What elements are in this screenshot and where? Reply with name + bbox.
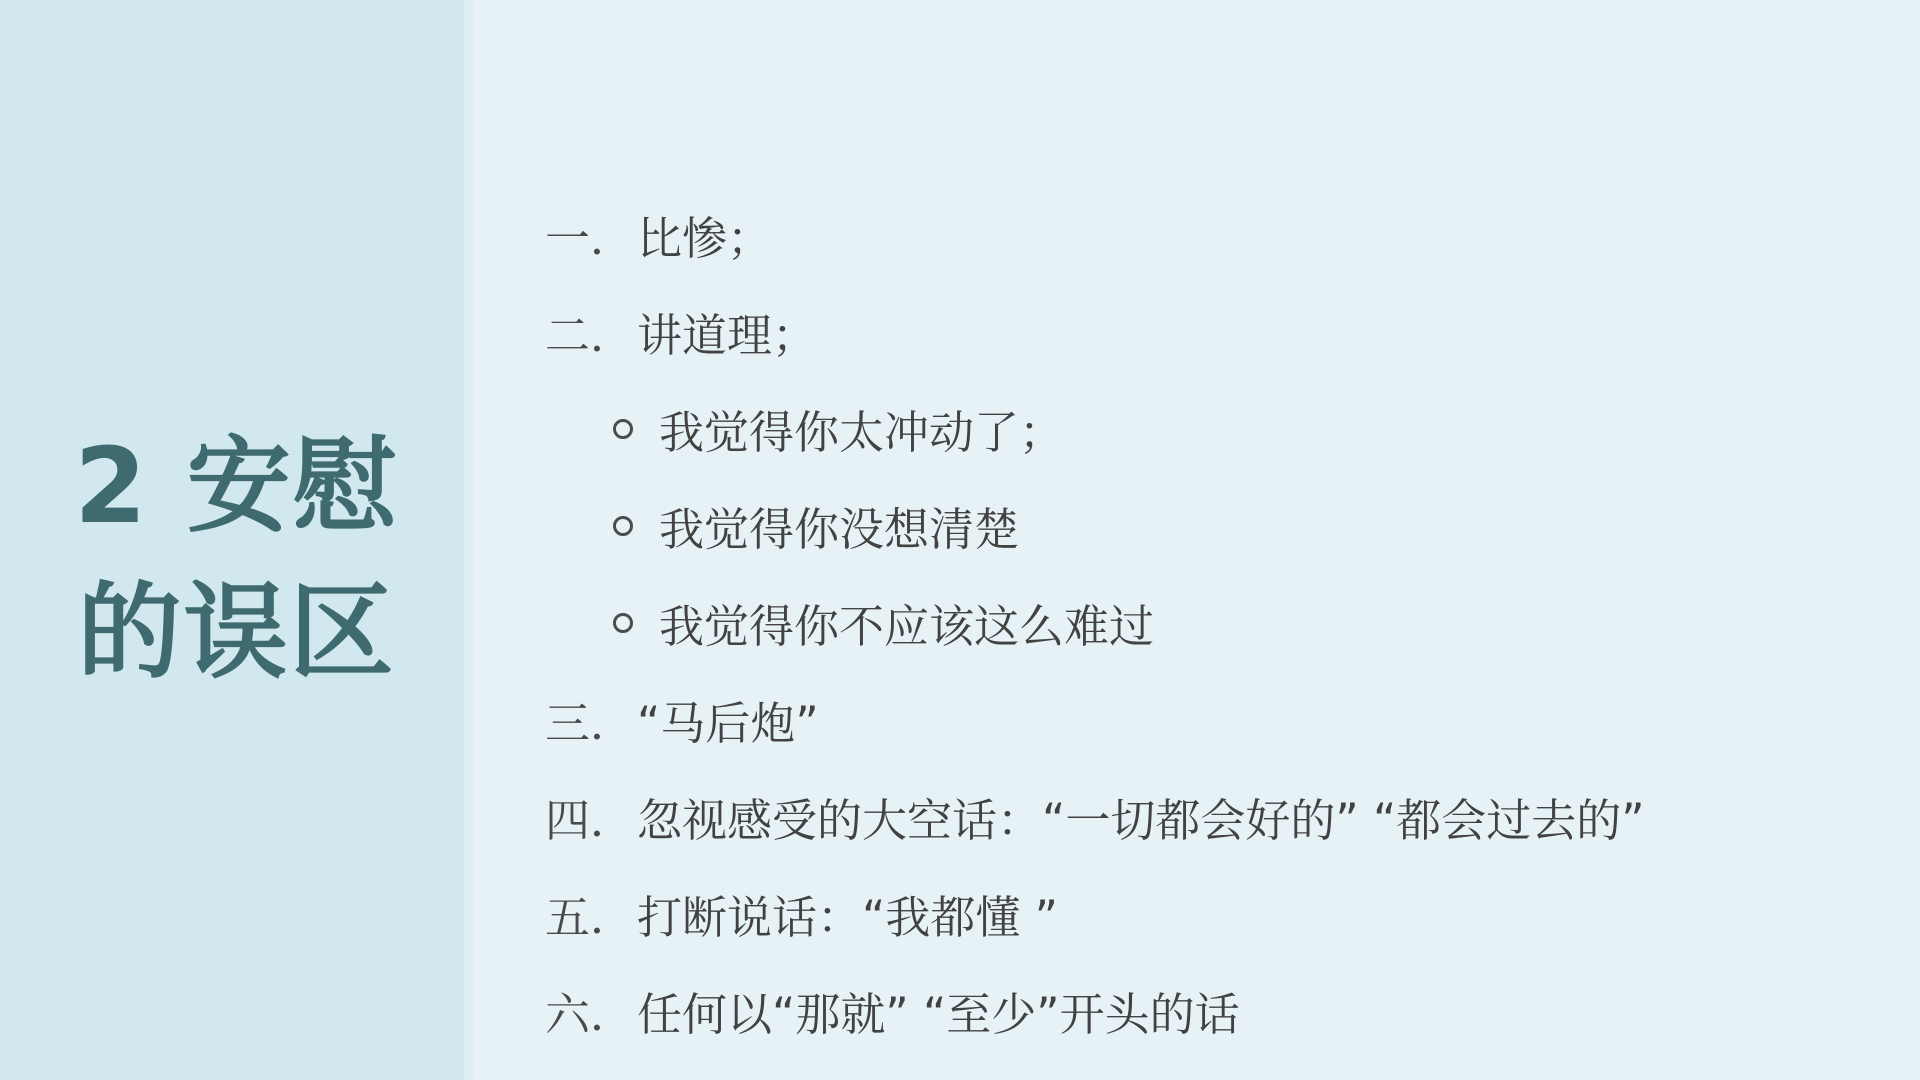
list-item: 五． 打断说话：“我都懂 ” xyxy=(473,865,1920,962)
presentation-slide: 2 安慰 的误区 一． 比惨； 二． 讲道理； 我觉得你太冲动了； 我觉得你没想… xyxy=(0,0,1920,1080)
list-item-number: 三． xyxy=(545,687,635,752)
list-item: 一． 比惨； xyxy=(473,186,1920,283)
list-item-text: 讲道理； xyxy=(637,299,817,364)
slide-sidebar: 2 安慰 的误区 xyxy=(0,0,473,1080)
list-item: 二． 讲道理； xyxy=(473,283,1920,380)
list-item-text: “马后炮” xyxy=(637,687,819,752)
list-item-number: 四． xyxy=(545,784,635,849)
list-item-text: 任何以“那就” “至少”开头的话 xyxy=(637,978,1240,1043)
list-subitem: 我觉得你没想清楚 xyxy=(473,477,1920,574)
list-item-number: 五． xyxy=(545,881,635,946)
circle-bullet-icon xyxy=(613,516,633,536)
list-item: 三． “马后炮” xyxy=(473,671,1920,768)
list-item-number: 六． xyxy=(545,978,635,1043)
slide-title: 2 安慰 的误区 xyxy=(0,413,473,705)
slide-title-line2: 的误区 xyxy=(0,559,473,705)
list-item: 四． 忽视感受的大空话：“一切都会好的” “都会过去的” xyxy=(473,768,1920,865)
circle-bullet-icon xyxy=(613,419,633,439)
list-item-number: 二． xyxy=(545,299,635,364)
list-item: 六． 任何以“那就” “至少”开头的话 xyxy=(473,962,1920,1059)
list-subitem: 我觉得你太冲动了； xyxy=(473,380,1920,477)
list-item-number: 一． xyxy=(545,202,635,267)
slide-content: 一． 比惨； 二． 讲道理； 我觉得你太冲动了； 我觉得你没想清楚 我觉得你不应… xyxy=(473,0,1920,1080)
list-subitem-text: 我觉得你没想清楚 xyxy=(659,493,1019,558)
list-subitem-text: 我觉得你不应该这么难过 xyxy=(659,590,1154,655)
circle-bullet-icon xyxy=(613,613,633,633)
slide-title-line1: 2 安慰 xyxy=(0,413,473,559)
list-subitem-text: 我觉得你太冲动了； xyxy=(659,396,1064,461)
list-subitem: 我觉得你不应该这么难过 xyxy=(473,574,1920,671)
list-item-text: 比惨； xyxy=(637,202,772,267)
list-item-text: 忽视感受的大空话：“一切都会好的” “都会过去的” xyxy=(637,784,1645,849)
list-item-text: 打断说话：“我都懂 ” xyxy=(637,881,1058,946)
